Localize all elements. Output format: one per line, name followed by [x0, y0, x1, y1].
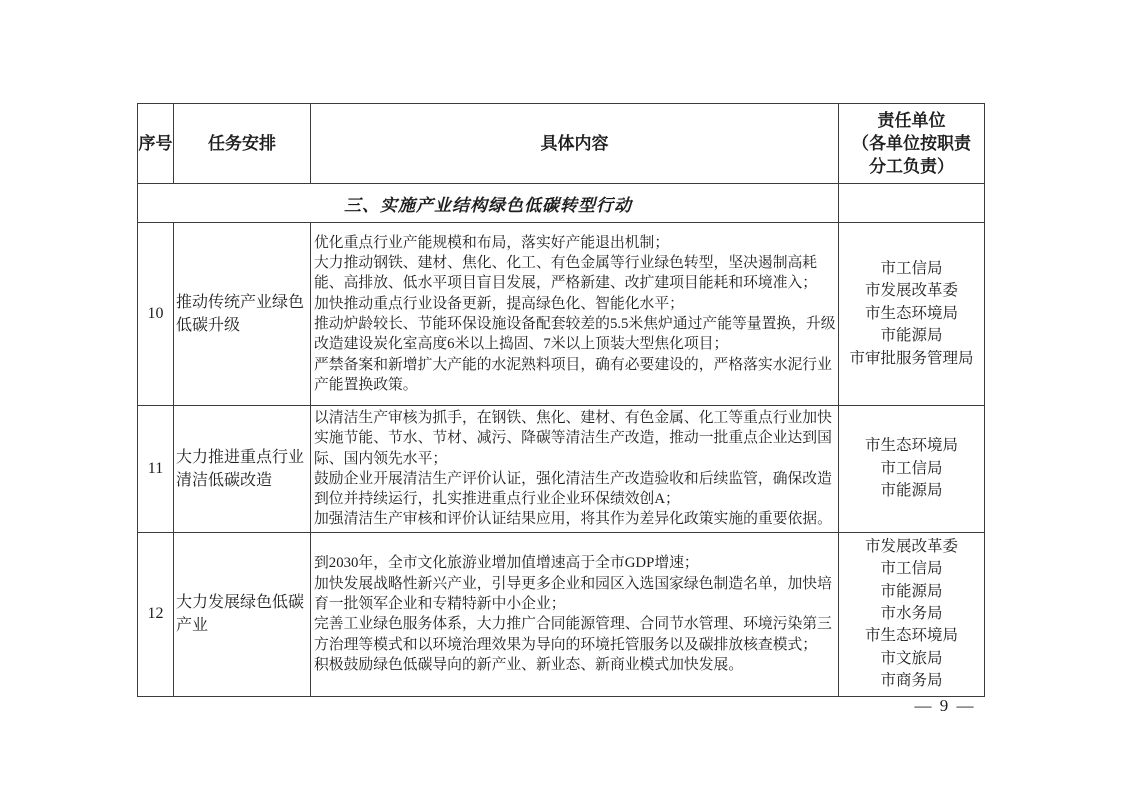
row-number: 11: [138, 406, 174, 533]
table-header-row: 序号 任务安排 具体内容 责任单位 （各单位按职责 分工负责）: [138, 104, 985, 184]
row-responsible-units: 市工信局 市发展改革委 市生态环境局 市能源局 市审批服务管理局: [839, 223, 985, 406]
row-number: 12: [138, 532, 174, 696]
column-header-no: 序号: [138, 104, 174, 184]
column-header-units: 责任单位 （各单位按职责 分工负责）: [839, 104, 985, 184]
row-content: 以清洁生产审核为抓手，在钢铁、焦化、建材、有色金属、化工等重点行业加快实施节能、…: [311, 406, 839, 533]
row-number: 10: [138, 223, 174, 406]
row-task: 推动传统产业绿色低碳升级: [174, 223, 311, 406]
row-content: 优化重点行业产能规模和布局，落实好产能退出机制； 大力推动钢铁、建材、焦化、化工…: [311, 223, 839, 406]
task-assignment-table: 序号 任务安排 具体内容 责任单位 （各单位按职责 分工负责） 三、实施产业结构…: [137, 103, 985, 697]
column-header-content: 具体内容: [311, 104, 839, 184]
row-responsible-units: 市发展改革委 市工信局 市能源局 市水务局 市生态环境局 市文旅局 市商务局: [839, 532, 985, 696]
page-number: — 9 —: [893, 696, 997, 716]
table-row: 10 推动传统产业绿色低碳升级 优化重点行业产能规模和布局，落实好产能退出机制；…: [138, 223, 985, 406]
row-task: 大力发展绿色低碳产业: [174, 532, 311, 696]
section-units-empty-cell: [839, 184, 985, 223]
section-banner-row: 三、实施产业结构绿色低碳转型行动: [138, 184, 985, 223]
table-row: 12 大力发展绿色低碳产业 到2030年，全市文化旅游业增加值增速高于全市GDP…: [138, 532, 985, 696]
section-title: 三、实施产业结构绿色低碳转型行动: [138, 184, 839, 223]
table-row: 11 大力推进重点行业清洁低碳改造 以清洁生产审核为抓手，在钢铁、焦化、建材、有…: [138, 406, 985, 533]
column-header-task: 任务安排: [174, 104, 311, 184]
row-task: 大力推进重点行业清洁低碳改造: [174, 406, 311, 533]
row-content: 到2030年，全市文化旅游业增加值增速高于全市GDP增速； 加快发展战略性新兴产…: [311, 532, 839, 696]
row-responsible-units: 市生态环境局 市工信局 市能源局: [839, 406, 985, 533]
